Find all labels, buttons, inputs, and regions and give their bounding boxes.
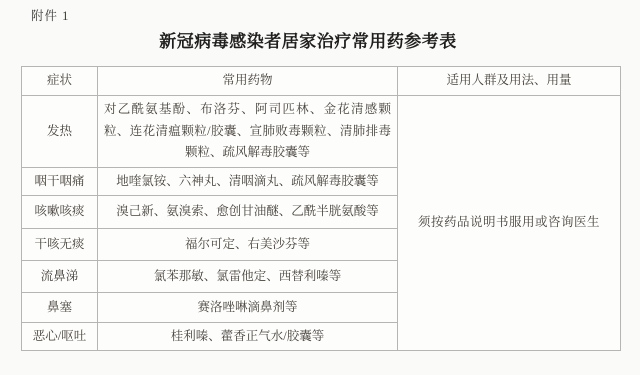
medication-table: 症状 常用药物 适用人群及用法、用量 发热 对乙酰氨基酚、布洛芬、阿司匹林、金花… [21,66,621,351]
usage-note-cell: 须按药品说明书服用或咨询医生 [398,96,621,351]
drugs-cell: 对乙酰氨基酚、布洛芬、阿司匹林、金花清感颗粒、连花清瘟颗粒/胶囊、宣肺败毒颗粒、… [98,96,398,168]
document-page: 附件 1 新冠病毒感染者居家治疗常用药参考表 症状 常用药物 适用人群及用法、用… [0,0,640,375]
symptom-cell: 恶心/呕吐 [22,323,98,351]
drugs-cell: 氯苯那敏、氯雷他定、西替利嗪等 [98,261,398,293]
symptom-cell: 流鼻涕 [22,261,98,293]
drugs-cell: 地喹氯铵、六神丸、清咽滴丸、疏风解毒胶囊等 [98,168,398,196]
header-symptom: 症状 [22,67,98,96]
header-usage: 适用人群及用法、用量 [398,67,621,96]
symptom-cell: 干咳无痰 [22,229,98,261]
table-row: 发热 对乙酰氨基酚、布洛芬、阿司匹林、金花清感颗粒、连花清瘟颗粒/胶囊、宣肺败毒… [22,96,621,168]
page-title: 新冠病毒感染者居家治疗常用药参考表 [0,27,616,52]
symptom-cell: 咳嗽咳痰 [22,196,98,229]
header-drugs: 常用药物 [98,67,398,96]
drugs-cell: 桂利嗪、藿香正气水/胶囊等 [98,323,398,351]
symptom-cell: 咽干咽痛 [22,168,98,196]
drugs-cell: 溴己新、氨溴索、愈创甘油醚、乙酰半胱氨酸等 [98,196,398,229]
symptom-cell: 鼻塞 [22,293,98,323]
table-header-row: 症状 常用药物 适用人群及用法、用量 [22,67,621,96]
symptom-cell: 发热 [22,96,98,168]
drugs-cell: 福尔可定、右美沙芬等 [98,229,398,261]
drugs-cell: 赛洛唑啉滴鼻剂等 [98,293,398,323]
attachment-label: 附件 1 [31,6,69,24]
